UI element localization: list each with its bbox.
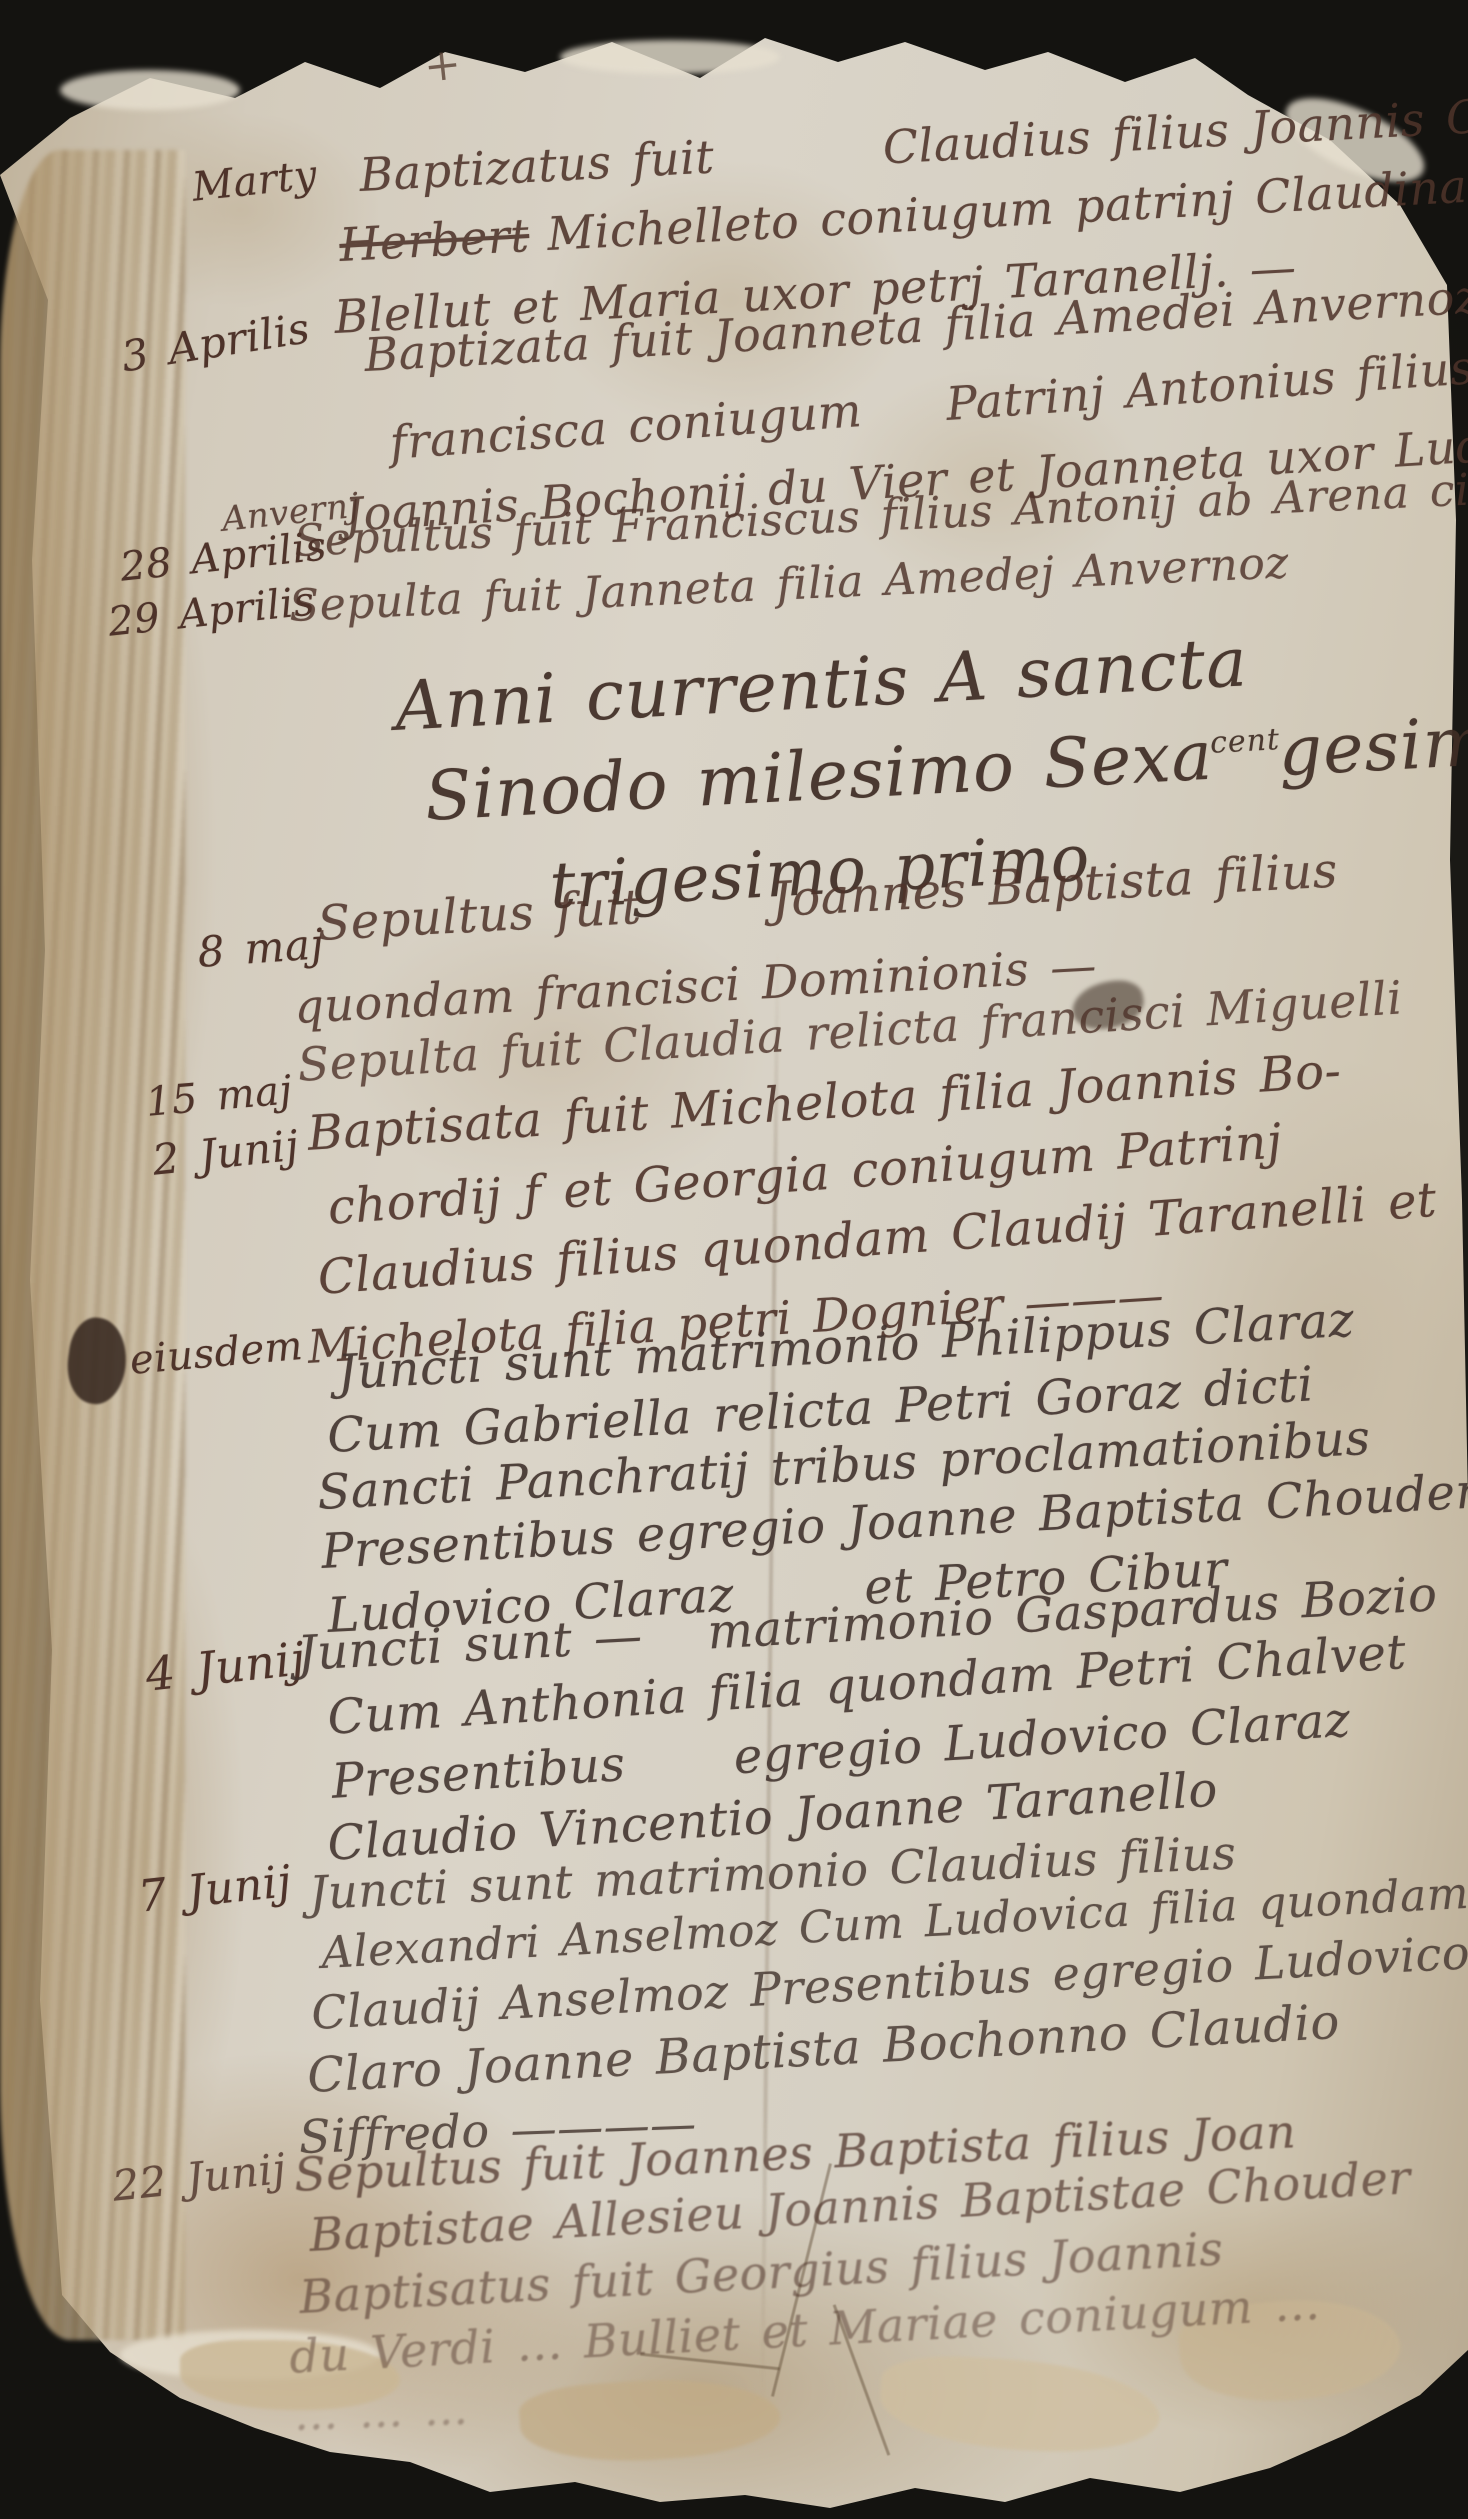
struck-word: Herbert xyxy=(338,208,531,272)
heading-superscript: cent xyxy=(1209,722,1281,761)
torn-edge-highlight xyxy=(60,70,240,110)
entry-margin-date: 8 maj xyxy=(196,919,326,977)
book-binding-edge xyxy=(0,150,185,2340)
entry-line: … … … xyxy=(293,2384,469,2441)
torn-edge-highlight xyxy=(560,40,780,74)
cross-mark: + xyxy=(421,38,463,93)
manuscript-photo: + Marty Baptizatus fuit Claudius filius … xyxy=(0,0,1468,2519)
heading-text: gesimo xyxy=(1277,700,1468,792)
